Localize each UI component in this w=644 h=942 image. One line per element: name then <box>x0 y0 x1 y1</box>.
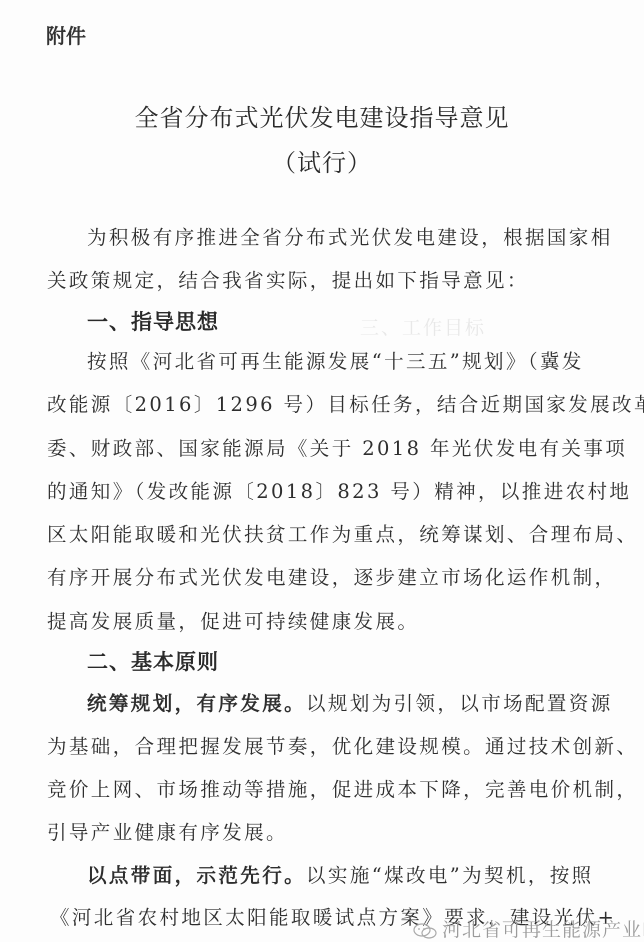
section1-line-6: 有序开展分布式光伏发电建设，逐步建立市场化运作机制， <box>47 562 607 590</box>
wechat-icon <box>412 922 438 940</box>
document-page: 三、工作目标 附件 全省分布式光伏发电建设指导意见 （试行） 为积极有序推进全省… <box>0 0 644 942</box>
section2-p1-line-3: 竞价上网、市场推动等措施，促进成本下降，完善电价机制， <box>47 774 607 802</box>
section2-p1-line-4: 引导产业健康有序发展。 <box>47 817 607 845</box>
principle-2-text: 以实施“煤改电”为契机，按照 <box>306 864 594 887</box>
section2-p1-line-1: 统筹规划，有序发展。以规划为引领，以市场配置资源 <box>87 688 644 716</box>
section1-line-4: 的通知》（发改能源〔2018〕823 号）精神，以推进农村地 <box>47 476 607 504</box>
document-subtitle: （试行） <box>0 143 644 178</box>
section1-heading: 一、指导思想 <box>87 306 219 336</box>
attachment-label: 附件 <box>46 20 86 49</box>
principle-1-text: 以规划为引领，以市场配置资源 <box>306 692 613 715</box>
bleed-through-heading: 三、工作目标 <box>360 313 486 340</box>
document-title: 全省分布式光伏发电建设指导意见 <box>0 98 644 133</box>
section1-line-3: 委、财政部、国家能源局《关于 2018 年光伏发电有关事项 <box>47 433 607 461</box>
section1-line-5: 区太阳能取暖和光伏扶贫工作为重点，统筹谋划、合理布局、 <box>47 519 607 547</box>
section1-line-7: 提高发展质量，促进可持续健康发展。 <box>47 606 607 634</box>
section1-line-2: 改能源〔2016〕1296 号）目标任务，结合近期国家发展改革 <box>47 389 607 417</box>
watermark-text: 河北省可再生能源产业IE <box>442 919 644 941</box>
principle-1-title: 统筹规划，有序发展。 <box>87 692 306 715</box>
section2-heading: 二、基本原则 <box>87 646 219 676</box>
section1-line-1: 按照《河北省可再生能源发展“十三五”规划》（冀发 <box>87 346 644 374</box>
watermark: 河北省可再生能源产业IE <box>412 915 644 942</box>
section2-p1-line-2: 为基础，合理把握发展节奏，优化建设规模。通过技术创新、 <box>47 731 607 759</box>
intro-line-1: 为积极有序推进全省分布式光伏发电建设，根据国家相 <box>87 222 644 250</box>
intro-line-2: 关政策规定，结合我省实际，提出如下指导意见： <box>47 265 607 293</box>
section2-p2-line-1: 以点带面，示范先行。以实施“煤改电”为契机，按照 <box>87 860 644 888</box>
principle-2-title: 以点带面，示范先行。 <box>87 864 306 887</box>
